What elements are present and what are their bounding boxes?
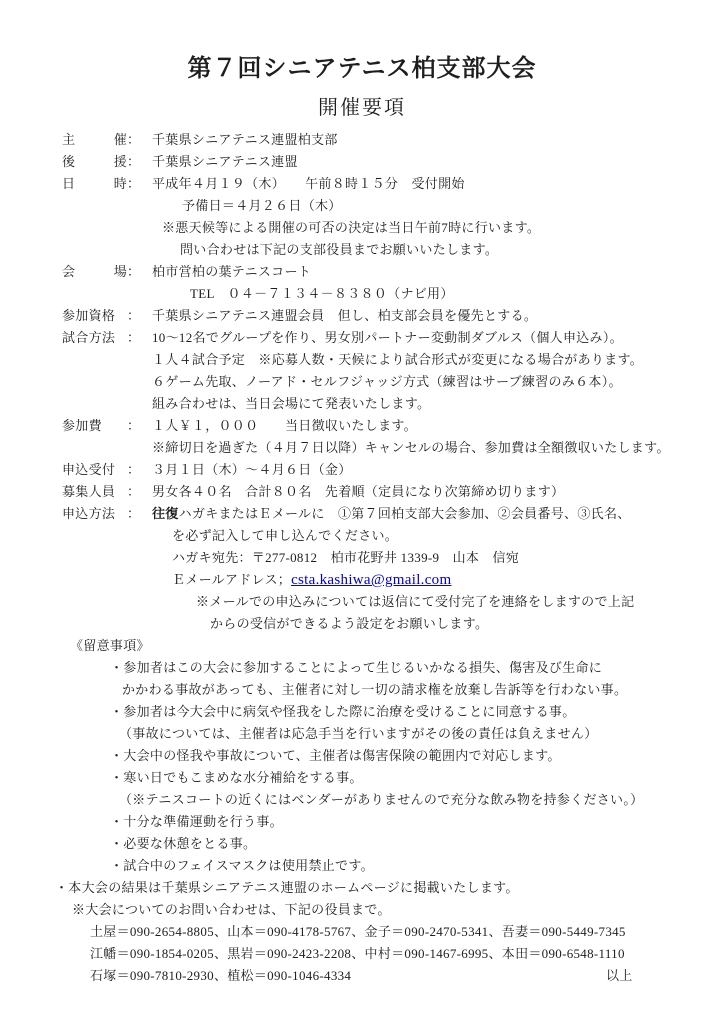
text-run: ・参加者はこの大会に参加することによって生じるいかなる損失、傷害及び生命に	[110, 660, 602, 675]
line-match-format: 試合方法：10～12名でグループを作り、男女別パートナー変動制ダブルス（個人申込…	[0, 327, 724, 349]
line-note-4b: （※テニスコートの近くにはベンダーがありませんので充分な飲み物を持参ください。）	[0, 789, 724, 811]
field-label: 後援	[62, 151, 127, 173]
text-run: かかわる事故があっても、主催者に対し一切の請求権を放棄し告訴等を行わない事。	[122, 682, 627, 697]
line-email-address: Ｅメールアドレス；csta.kashiwa@gmail.com	[0, 569, 724, 591]
text-cluster: ・大会中の怪我や事故について、主催者は傷害保険の範囲内で対応します。	[110, 745, 561, 767]
line-datetime: 日時：平成年４月１９（木） 午前８時１５分 受付開始	[0, 173, 724, 195]
text-cluster: 石塚＝090-7810-2930、植松＝090-1046-4334	[90, 965, 351, 987]
text-cluster: 10～12名でグループを作り、男女別パートナー変動制ダブルス（個人申込み）。	[152, 327, 623, 349]
text-run: ※悪天候等による開催の可否の決定は当日午前7時に行います。	[162, 220, 540, 235]
text-run: 組み合わせは、当日会場にて発表いたします。	[152, 396, 430, 411]
field-label: 試合方法	[62, 327, 115, 349]
line-capacity: 募集人員：男女各４０名 合計８０名 先着順（定員になり次第締め切ります）	[0, 481, 724, 503]
field-colon: ：	[127, 173, 140, 195]
text-cluster: 男女各４０名 合計８０名 先着順（定員になり次第締め切ります）	[152, 481, 564, 503]
text-cluster: 問い合わせは下記の支部役員までお願いいたします。	[180, 239, 498, 261]
text-cluster: 組み合わせは、当日会場にて発表いたします。	[152, 393, 430, 415]
line-inquiry-note: 問い合わせは下記の支部役員までお願いいたします。	[0, 239, 724, 261]
text-run: ※大会についてのお問い合わせは、下記の役員まで。	[72, 902, 391, 917]
text-run: 千葉県シニアテニス連盟柏支部	[152, 132, 338, 147]
line-application-method-2: を必ず記入して申し込んでください。	[0, 525, 724, 547]
text-cluster: １人４試合予定 ※応募人数・天候により試合形式が変更になる場合があります。	[152, 349, 643, 371]
text-cluster: ※悪天候等による開催の可否の決定は当日午前7時に行います。	[162, 217, 540, 239]
text-run: 往復	[152, 506, 179, 521]
line-venue-tel: TEL ０４－７１３４－８３８０（ナビ用）	[0, 283, 724, 305]
field-colon: ：	[127, 151, 140, 173]
text-run: 平成年４月１９（木） 午前８時１５分 受付開始	[152, 176, 465, 191]
text-cluster: ・必要な休憩をとる事。	[110, 833, 256, 855]
line-venue: 会場：柏市営柏の葉テニスコート	[0, 261, 724, 283]
field-colon: ：	[127, 503, 140, 525]
text-cluster: ３月１日（木）～４月６日（金）	[152, 459, 352, 481]
line-entry-fee-note: ※締切日を過ぎた（４月７日以降）キャンセルの場合、参加費は全額徴収いたします。	[0, 437, 724, 459]
text-cluster: ハガキ宛先：〒277-0812 柏市花野井 1339-9 山本 信宛	[172, 547, 519, 569]
text-run: ・必要な休憩をとる事。	[110, 836, 256, 851]
line-note-1b: かかわる事故があっても、主催者に対し一切の請求権を放棄し告訴等を行わない事。	[0, 679, 724, 701]
text-run: ６ゲーム先取、ノーアド・セルフジャッジ方式（練習はサーブ練習のみ６本）。	[152, 374, 622, 389]
text-run: ・参加者は今大会中に病気や怪我をした際に治療を受けることに同意する事。	[110, 704, 576, 719]
text-run: （事故については、主催者は応急手当を行いますがその後の責任は負えません）	[119, 726, 598, 741]
document-body: 主催：千葉県シニアテニス連盟柏支部後援：千葉県シニアテニス連盟日時：平成年４月１…	[0, 129, 724, 987]
text-cluster: かかわる事故があっても、主催者に対し一切の請求権を放棄し告訴等を行わない事。	[122, 679, 627, 701]
field-colon: ：	[127, 305, 140, 327]
text-cluster: Ｅメールアドレス；csta.kashiwa@gmail.com	[172, 569, 451, 591]
text-cluster: ・本大会の結果は千葉県シニアテニス連盟のホームページに掲載いたします。	[55, 877, 519, 899]
line-contacts-2: 江幡＝090-1854-0205、黒岩＝090-2423-2208、中村＝090…	[0, 943, 724, 965]
field-label: 申込受付	[62, 459, 115, 481]
text-cluster: ６ゲーム先取、ノーアド・セルフジャッジ方式（練習はサーブ練習のみ６本）。	[152, 371, 622, 393]
text-cluster: 千葉県シニアテニス連盟会員 但し、柏支部会員を優先とする。	[152, 305, 537, 327]
line-application-period: 申込受付：３月１日（木）～４月６日（金）	[0, 459, 724, 481]
text-cluster: ・参加者はこの大会に参加することによって生じるいかなる損失、傷害及び生命に	[110, 657, 602, 679]
text-run: ハガキ宛先：〒277-0812 柏市花野井 1339-9 山本 信宛	[172, 550, 519, 565]
text-run: 10～12名でグループを作り、男女別パートナー変動制ダブルス（個人申込み）。	[152, 330, 623, 345]
text-run: 《留意事項》	[70, 638, 150, 653]
document-title: 第７回シニアテニス柏支部大会	[0, 48, 724, 83]
text-run: TEL ０４－７１３４－８３８０（ナビ用）	[190, 286, 454, 301]
text-run: ※メールでの申込みについては返信にて受付完了を連絡をしますので上記	[196, 594, 634, 609]
field-label: 参加費	[62, 415, 102, 437]
field-label: 会場	[62, 261, 127, 283]
field-colon: ：	[127, 459, 140, 481]
line-note-4: ・寒い日でもこまめな水分補給をする事。	[0, 767, 724, 789]
text-cluster: 柏市営柏の葉テニスコート	[152, 261, 311, 283]
field-label: 募集人員	[62, 481, 115, 503]
text-run: １人￥１，０００ 当日徴収いたします。	[152, 418, 417, 433]
line-results-note: ・本大会の結果は千葉県シニアテニス連盟のホームページに掲載いたします。	[0, 877, 724, 899]
line-contacts-1: 土屋＝090-2654-8805、山本＝090-4178-5767、金子＝090…	[0, 921, 724, 943]
text-run: ※締切日を過ぎた（４月７日以降）キャンセルの場合、参加費は全額徴収いたします。	[152, 440, 670, 455]
text-run: 土屋＝090-2654-8805、山本＝090-4178-5767、金子＝090…	[90, 924, 626, 939]
text-run: ・試合中のフェイスマスクは使用禁止です。	[110, 858, 374, 873]
text-run: 以上	[606, 968, 633, 983]
text-run: ・寒い日でもこまめな水分補給をする事。	[110, 770, 363, 785]
line-note-2b: （事故については、主催者は応急手当を行いますがその後の責任は負えません）	[0, 723, 724, 745]
field-label: 日時	[62, 173, 127, 195]
text-run: ３月１日（木）～４月６日（金）	[152, 462, 352, 477]
text-run: 男女各４０名 合計８０名 先着順（定員になり次第締め切ります）	[152, 484, 564, 499]
document-page: 第７回シニアテニス柏支部大会 開催要項 主催：千葉県シニアテニス連盟柏支部後援：…	[0, 0, 724, 1024]
line-notes-heading: 《留意事項》	[0, 635, 724, 657]
text-cluster: ※締切日を過ぎた（４月７日以降）キャンセルの場合、参加費は全額徴収いたします。	[152, 437, 670, 459]
document-subtitle: 開催要項	[0, 91, 724, 120]
text-cluster: 以上	[606, 965, 633, 987]
line-note-7: ・試合中のフェイスマスクは使用禁止です。	[0, 855, 724, 877]
text-cluster: 千葉県シニアテニス連盟柏支部	[152, 129, 338, 151]
text-cluster: 《留意事項》	[70, 635, 150, 657]
line-email-note-2: からの受信ができるよう設定をお願いします。	[0, 613, 724, 635]
line-note-2: ・参加者は今大会中に病気や怪我をした際に治療を受けることに同意する事。	[0, 701, 724, 723]
text-run: （※テニスコートの近くにはベンダーがありませんので充分な飲み物を持参ください。）	[119, 792, 643, 807]
line-application-method: 申込方法：往復ハガキまたはＥメールに ①第７回柏支部大会参加、②会員番号、③氏名…	[0, 503, 724, 525]
line-reserve-date: 予備日＝４月２６日（木）	[0, 195, 724, 217]
text-run: Ｅメールアドレス；	[172, 572, 291, 587]
line-organizer: 主催：千葉県シニアテニス連盟柏支部	[0, 129, 724, 151]
email-link[interactable]: csta.kashiwa@gmail.com	[291, 572, 451, 588]
text-run: を必ず記入して申し込んでください。	[172, 528, 398, 543]
text-run: 問い合わせは下記の支部役員までお願いいたします。	[180, 242, 498, 257]
text-run: ・大会中の怪我や事故について、主催者は傷害保険の範囲内で対応します。	[110, 748, 561, 763]
text-run: からの受信ができるよう設定をお願いします。	[210, 616, 488, 631]
text-cluster: 江幡＝090-1854-0205、黒岩＝090-2423-2208、中村＝090…	[90, 943, 625, 965]
line-match-format-3: ６ゲーム先取、ノーアド・セルフジャッジ方式（練習はサーブ練習のみ６本）。	[0, 371, 724, 393]
line-note-5: ・十分な準備運動を行う事。	[0, 811, 724, 833]
text-run: ・十分な準備運動を行う事。	[110, 814, 283, 829]
line-supporter: 後援：千葉県シニアテニス連盟	[0, 151, 724, 173]
text-run: ハガキまたはＥメールに ①第７回柏支部大会参加、②会員番号、③氏名、	[179, 506, 631, 521]
field-label: 申込方法	[62, 503, 115, 525]
line-match-format-2: １人４試合予定 ※応募人数・天候により試合形式が変更になる場合があります。	[0, 349, 724, 371]
text-run: 千葉県シニアテニス連盟	[152, 154, 298, 169]
text-cluster: 土屋＝090-2654-8805、山本＝090-4178-5767、金子＝090…	[90, 921, 626, 943]
line-match-format-4: 組み合わせは、当日会場にて発表いたします。	[0, 393, 724, 415]
text-cluster: １人￥１，０００ 当日徴収いたします。	[152, 415, 417, 437]
field-colon: ：	[127, 129, 140, 151]
text-cluster: を必ず記入して申し込んでください。	[172, 525, 398, 547]
text-run: 柏市営柏の葉テニスコート	[152, 264, 311, 279]
text-cluster: ・寒い日でもこまめな水分補給をする事。	[110, 767, 363, 789]
text-cluster: 平成年４月１９（木） 午前８時１５分 受付開始	[152, 173, 465, 195]
line-entry-fee: 参加費：１人￥１，０００ 当日徴収いたします。	[0, 415, 724, 437]
text-run: 予備日＝４月２６日（木）	[182, 198, 342, 213]
field-colon: ：	[127, 415, 140, 437]
field-colon: ：	[127, 327, 140, 349]
line-email-note-1: ※メールでの申込みについては返信にて受付完了を連絡をしますので上記	[0, 591, 724, 613]
field-colon: ：	[127, 481, 140, 503]
line-note-3: ・大会中の怪我や事故について、主催者は傷害保険の範囲内で対応します。	[0, 745, 724, 767]
text-run: ・本大会の結果は千葉県シニアテニス連盟のホームページに掲載いたします。	[55, 880, 519, 895]
line-contact-note: ※大会についてのお問い合わせは、下記の役員まで。	[0, 899, 724, 921]
line-eligibility: 参加資格：千葉県シニアテニス連盟会員 但し、柏支部会員を優先とする。	[0, 305, 724, 327]
text-cluster: ※大会についてのお問い合わせは、下記の役員まで。	[72, 899, 391, 921]
line-note-6: ・必要な休憩をとる事。	[0, 833, 724, 855]
text-cluster: 千葉県シニアテニス連盟	[152, 151, 298, 173]
text-cluster: ・試合中のフェイスマスクは使用禁止です。	[110, 855, 374, 877]
text-cluster: TEL ０４－７１３４－８３８０（ナビ用）	[190, 283, 454, 305]
text-cluster: ※メールでの申込みについては返信にて受付完了を連絡をしますので上記	[196, 591, 634, 613]
text-cluster: ・十分な準備運動を行う事。	[110, 811, 283, 833]
text-run: 江幡＝090-1854-0205、黒岩＝090-2423-2208、中村＝090…	[90, 946, 625, 961]
field-label: 主催	[62, 129, 127, 151]
text-cluster: （※テニスコートの近くにはベンダーがありませんので充分な飲み物を持参ください。）	[119, 789, 643, 811]
line-postcard-address: ハガキ宛先：〒277-0812 柏市花野井 1339-9 山本 信宛	[0, 547, 724, 569]
text-run: １人４試合予定 ※応募人数・天候により試合形式が変更になる場合があります。	[152, 352, 643, 367]
text-cluster: 往復ハガキまたはＥメールに ①第７回柏支部大会参加、②会員番号、③氏名、	[152, 503, 631, 525]
line-note-1: ・参加者はこの大会に参加することによって生じるいかなる損失、傷害及び生命に	[0, 657, 724, 679]
text-cluster: （事故については、主催者は応急手当を行いますがその後の責任は負えません）	[119, 723, 598, 745]
line-contacts-3: 石塚＝090-7810-2930、植松＝090-1046-4334以上	[0, 965, 724, 987]
text-cluster: 予備日＝４月２６日（木）	[182, 195, 342, 217]
text-run: 千葉県シニアテニス連盟会員 但し、柏支部会員を優先とする。	[152, 308, 537, 323]
field-label: 参加資格	[62, 305, 115, 327]
text-cluster: からの受信ができるよう設定をお願いします。	[210, 613, 488, 635]
line-weather-note: ※悪天候等による開催の可否の決定は当日午前7時に行います。	[0, 217, 724, 239]
text-run: 石塚＝090-7810-2930、植松＝090-1046-4334	[90, 968, 351, 983]
text-cluster: ・参加者は今大会中に病気や怪我をした際に治療を受けることに同意する事。	[110, 701, 576, 723]
field-colon: ：	[127, 261, 140, 283]
